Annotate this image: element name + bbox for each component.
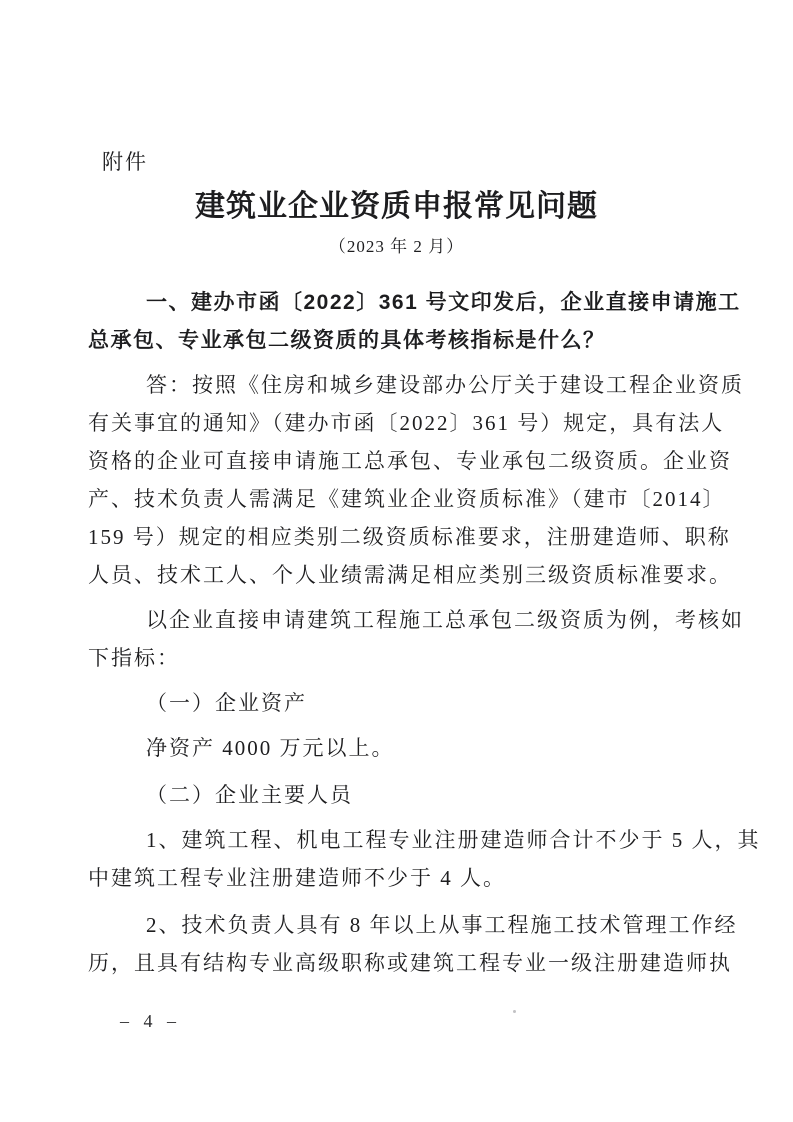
answer-1-line-5: 159 号）规定的相应类别二级资质标准要求，注册建造师、职称 bbox=[88, 518, 705, 556]
answer-1: 答：按照《住房和城乡建设部办公厅关于建设工程企业资质 有关事宜的通知》（建办市函… bbox=[88, 366, 705, 594]
item-2-line-1: 2、技术负责人具有 8 年以上从事工程施工技术管理工作经 bbox=[88, 906, 705, 944]
answer-1-line-3: 资格的企业可直接申请施工总承包、专业承包二级资质。企业资 bbox=[88, 442, 705, 480]
item-2-line-2: 历，且具有结构专业高级职称或建筑工程专业一级注册建造师执 bbox=[88, 944, 705, 982]
example-intro-line-1: 以企业直接申请建筑工程施工总承包二级资质为例，考核如 bbox=[88, 601, 705, 639]
scan-artifact-dot bbox=[513, 1010, 516, 1013]
question-1-line-2: 总承包、专业承包二级资质的具体考核指标是什么？ bbox=[88, 322, 705, 360]
example-intro: 以企业直接申请建筑工程施工总承包二级资质为例，考核如 下指标： bbox=[88, 601, 705, 677]
item-1-line-1: 1、建筑工程、机电工程专业注册建造师合计不少于 5 人，其 bbox=[88, 821, 705, 859]
section-1: （一）企业资产 bbox=[88, 684, 705, 722]
answer-1-line-6: 人员、技术工人、个人业绩需满足相应类别三级资质标准要求。 bbox=[88, 556, 705, 594]
item-2: 2、技术负责人具有 8 年以上从事工程施工技术管理工作经 历，且具有结构专业高级… bbox=[88, 906, 705, 982]
section-1-body-line: 净资产 4000 万元以上。 bbox=[88, 729, 705, 767]
attachment-label: 附件 bbox=[102, 148, 705, 176]
document-page: 附件 建筑业企业资质申报常见问题 （2023 年 2 月） 一、建办市函〔202… bbox=[0, 0, 793, 1122]
section-2: （二）企业主要人员 bbox=[88, 776, 705, 814]
answer-1-line-2: 有关事宜的通知》（建办市函〔2022〕361 号）规定，具有法人 bbox=[88, 404, 705, 442]
question-1: 一、建办市函〔2022〕361 号文印发后，企业直接申请施工 总承包、专业承包二… bbox=[88, 284, 705, 360]
section-1-body: 净资产 4000 万元以上。 bbox=[88, 729, 705, 767]
item-1: 1、建筑工程、机电工程专业注册建造师合计不少于 5 人，其 中建筑工程专业注册建… bbox=[88, 821, 705, 897]
section-2-heading: （二）企业主要人员 bbox=[88, 776, 705, 814]
answer-1-line-1: 答：按照《住房和城乡建设部办公厅关于建设工程企业资质 bbox=[88, 366, 705, 404]
answer-1-line-4: 产、技术负责人需满足《建筑业企业资质标准》（建市〔2014〕 bbox=[88, 480, 705, 518]
section-1-heading: （一）企业资产 bbox=[88, 684, 705, 722]
question-1-line-1: 一、建办市函〔2022〕361 号文印发后，企业直接申请施工 bbox=[88, 284, 705, 322]
example-intro-line-2: 下指标： bbox=[88, 639, 705, 677]
page-number: – 4 – bbox=[120, 1008, 705, 1034]
item-1-line-2: 中建筑工程专业注册建造师不少于 4 人。 bbox=[88, 859, 705, 897]
document-title: 建筑业企业资质申报常见问题 bbox=[88, 186, 705, 228]
document-date: （2023 年 2 月） bbox=[88, 234, 705, 260]
